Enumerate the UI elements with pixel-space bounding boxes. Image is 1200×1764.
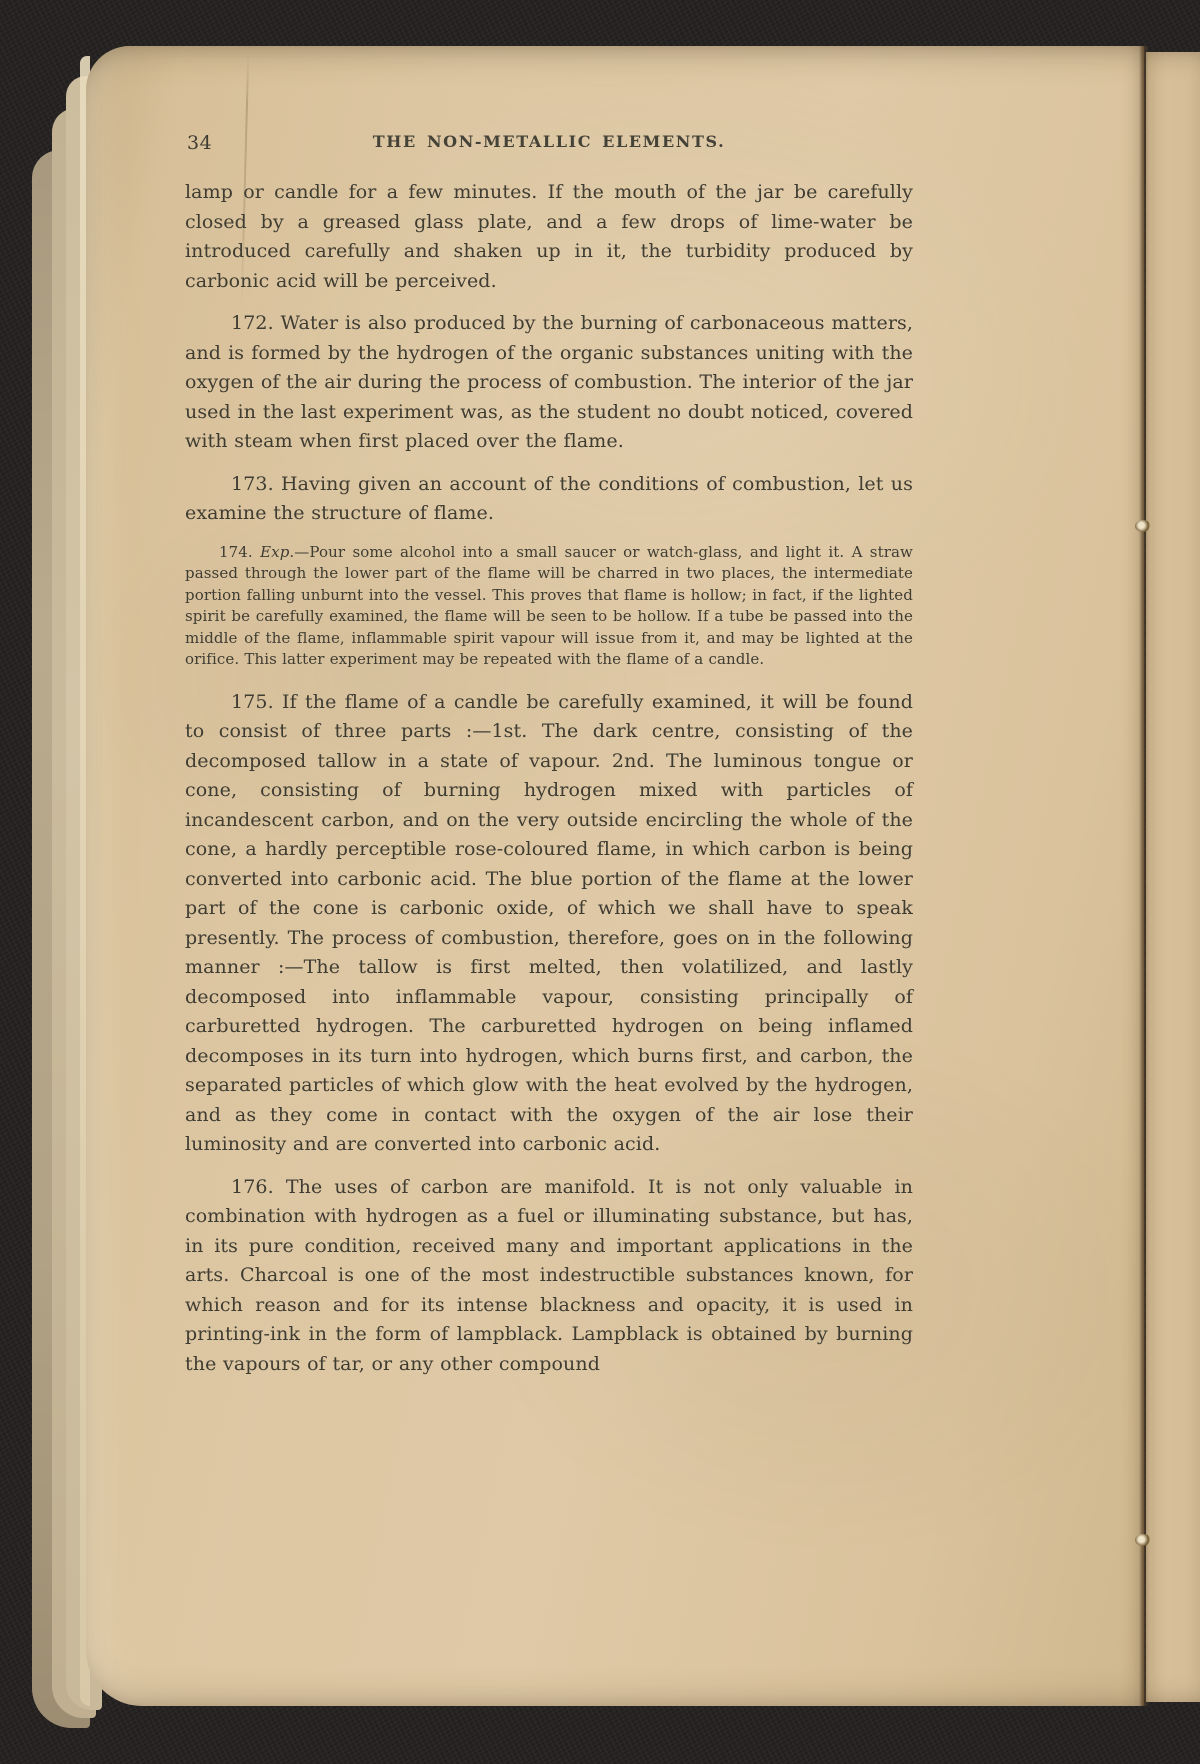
page-number: 34 [187,132,212,154]
gutter-crease [1139,46,1149,1706]
paragraph-text: Having given an account of the condition… [185,473,913,525]
paragraph-176: 176. The uses of carbon are manifold. It… [185,1173,913,1380]
printed-text-column: 34 THE NON-METALLIC ELEMENTS. lamp or ca… [185,130,913,1392]
binding-knot [1135,1534,1151,1546]
paragraph-text: If the flame of a candle be carefully ex… [185,691,913,1156]
paragraph-text: —Pour some alcohol into a small saucer o… [185,543,913,669]
paragraph-text: lamp or candle for a few minutes. If the… [185,181,913,292]
paragraph-175: 175. If the flame of a candle be careful… [185,688,913,1160]
photo-background: { "colors": { "background_fabric": "#262… [0,0,1200,1764]
paragraph-text: The uses of carbon are manifold. It is n… [185,1176,913,1375]
book-photo: 34 THE NON-METALLIC ELEMENTS. lamp or ca… [0,0,1200,1764]
facing-page-edge [1146,52,1200,1702]
paragraph-number: 175. [231,691,282,713]
paragraph-number: 173. [231,473,281,495]
paragraph-number: 176. [231,1176,286,1198]
paragraph-number: 174. [219,543,260,561]
paragraph-172: 172. Water is also produced by the burni… [185,309,913,457]
paragraph-173: 173. Having given an account of the cond… [185,470,913,529]
paragraph-number: 172. [231,312,281,334]
paragraph-174-experiment: 174. Exp.—Pour some alcohol into a small… [185,542,913,671]
book-page: 34 THE NON-METALLIC ELEMENTS. lamp or ca… [86,46,1144,1706]
binding-knot [1135,520,1151,532]
paragraph-continuation: lamp or candle for a few minutes. If the… [185,178,913,296]
paragraph-italic-lead: Exp. [260,543,294,561]
running-title: THE NON-METALLIC ELEMENTS. [185,130,913,151]
page-header: 34 THE NON-METALLIC ELEMENTS. [185,130,913,164]
paragraph-text: Water is also produced by the burning of… [185,312,913,452]
